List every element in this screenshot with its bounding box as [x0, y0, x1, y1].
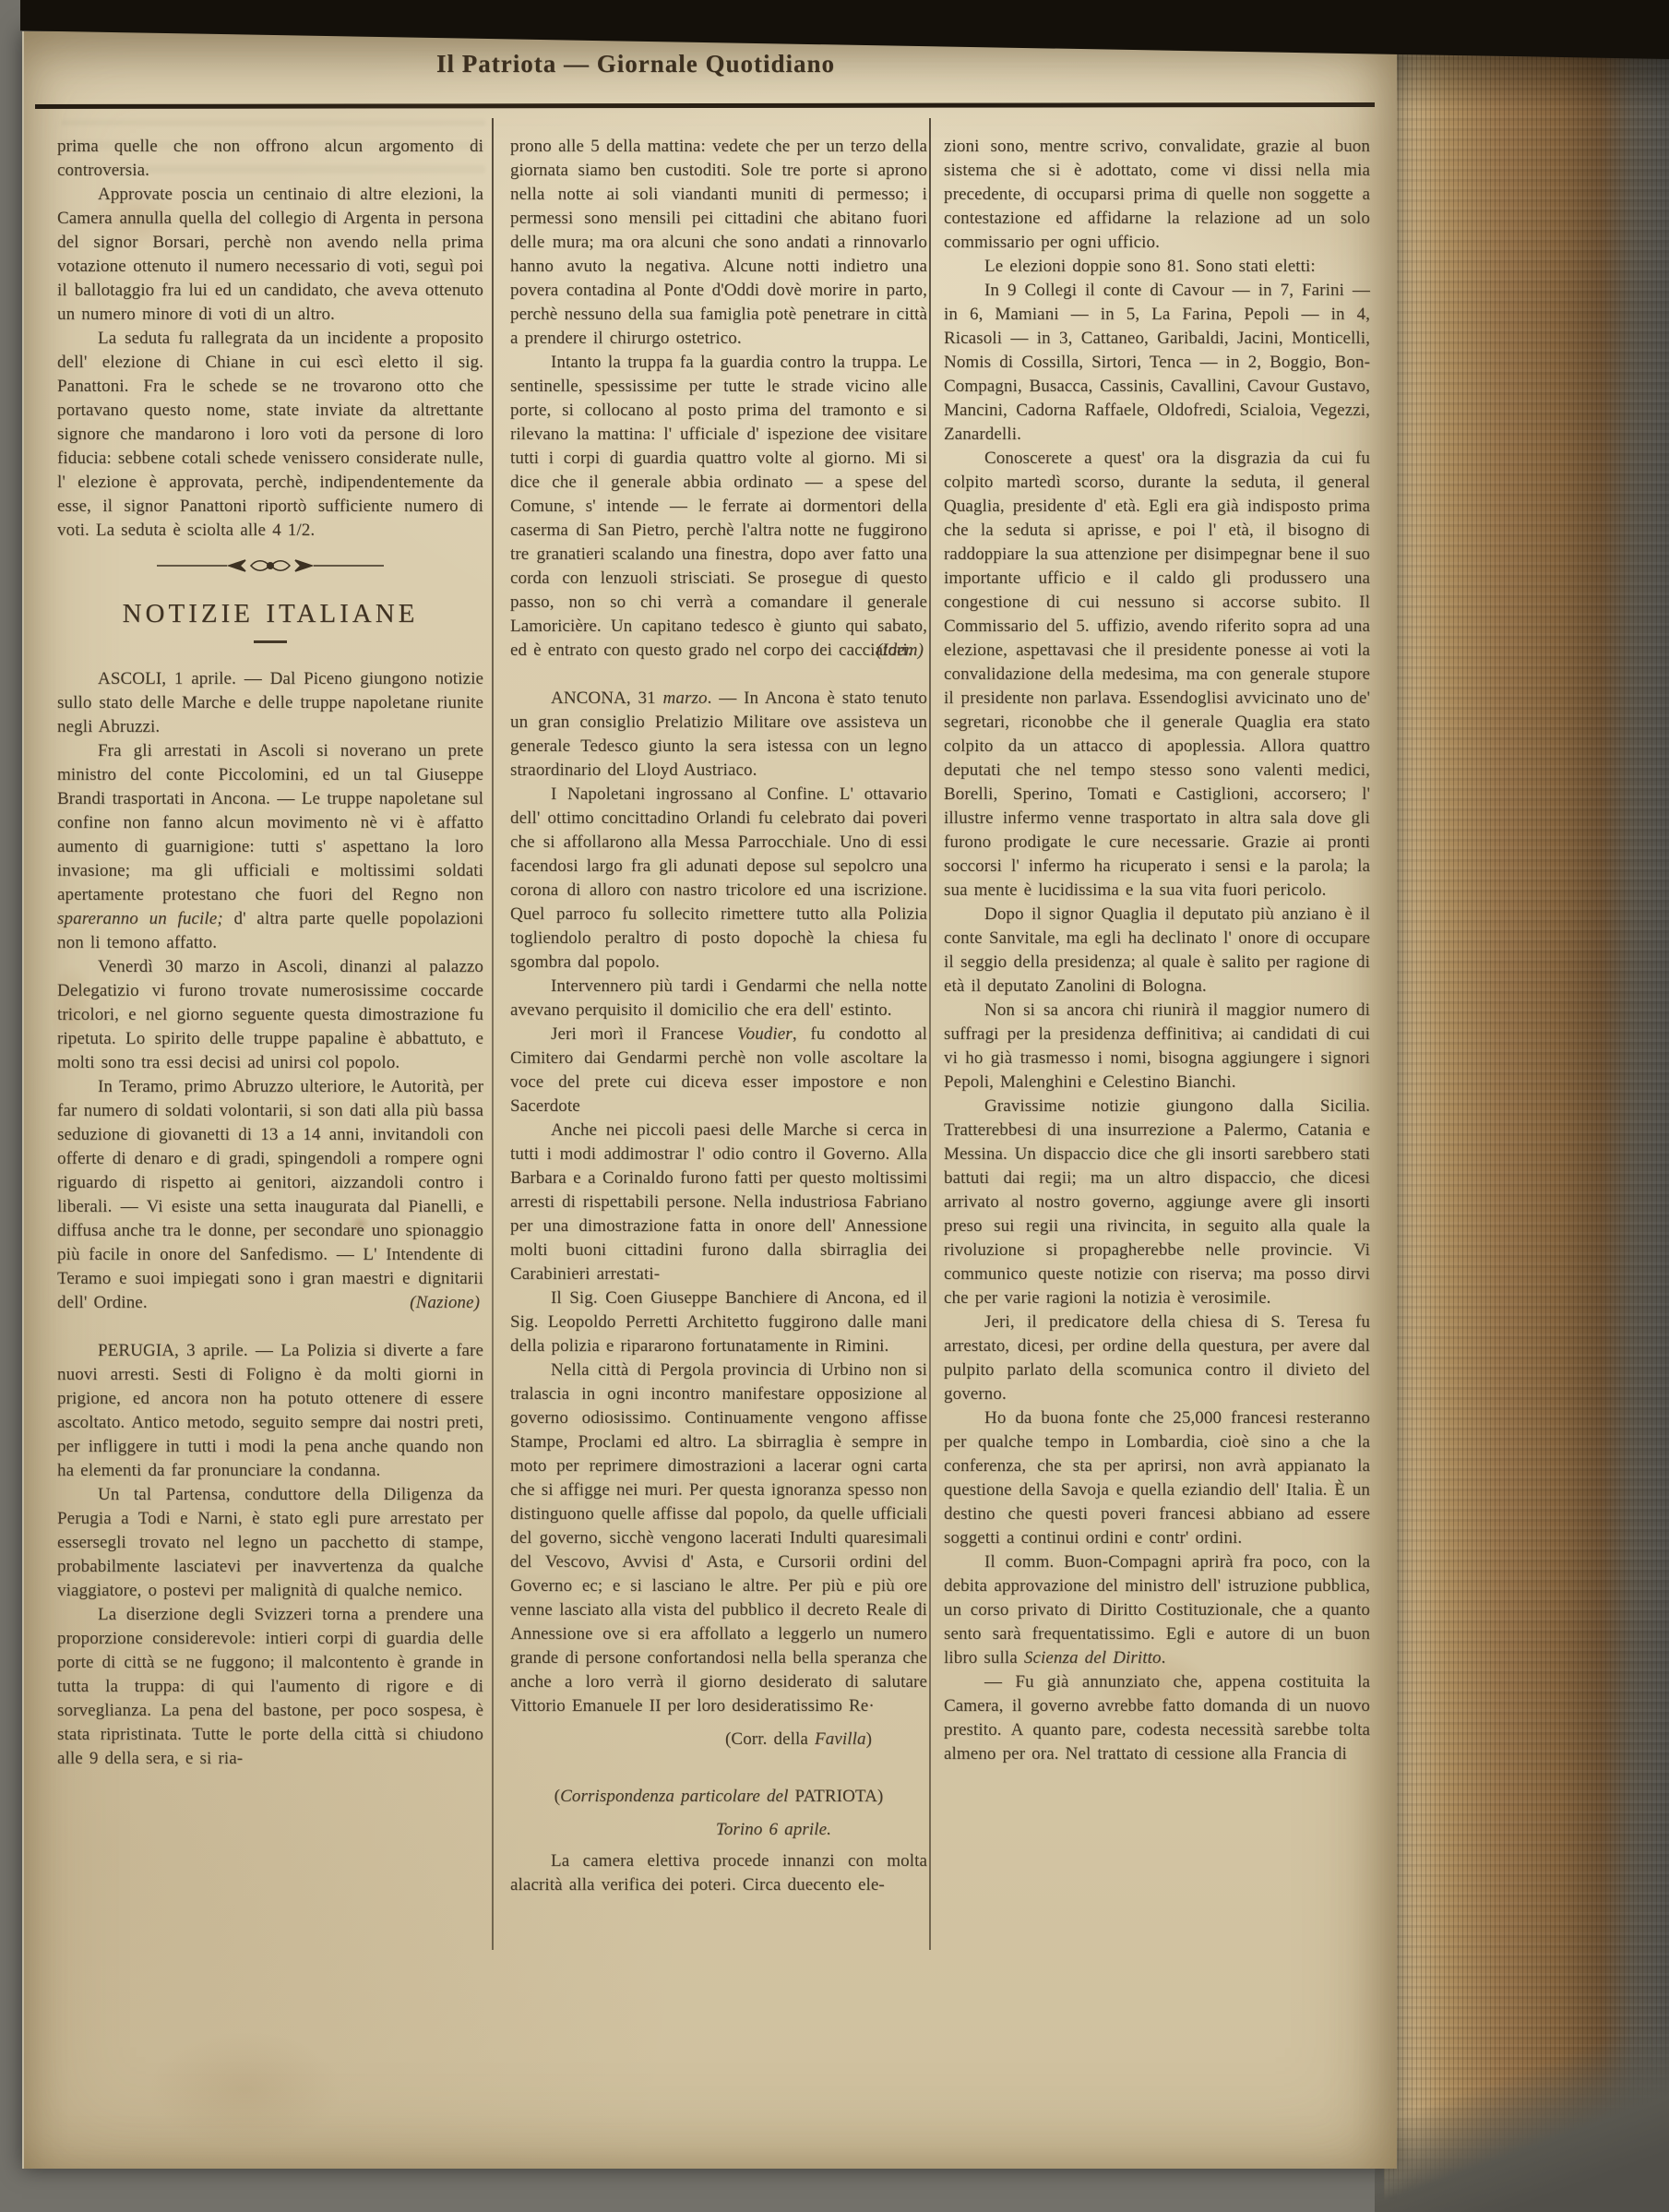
paragraph: — Fu già annunziato che, appena costitui… — [944, 1670, 1370, 1766]
paragraph: Ho da buona fonte che 25,000 francesi re… — [944, 1406, 1370, 1550]
paragraph: Anche nei piccoli paesi delle Marche si … — [510, 1118, 927, 1286]
scanned-newspaper-photo: Il Patriota — Giornale Quotidiano prima … — [0, 0, 1669, 2212]
paragraph: Un tal Partensa, conduttore della Dilige… — [57, 1483, 483, 1603]
attribution-line: Torino 6 aprile. — [510, 1818, 927, 1842]
paragraph: La seduta fu rallegrata da un incidente … — [57, 327, 483, 543]
paragraph: PERUGIA, 3 aprile. — La Polizia si diver… — [57, 1339, 483, 1483]
paragraph: Il comm. Buon-Compagni aprirà fra poco, … — [944, 1550, 1370, 1670]
paragraph: In Teramo, primo Abruzzo ulteriore, le A… — [57, 1075, 483, 1315]
paragraph: Jeri morì il Francese Voudier, fu condot… — [510, 1022, 927, 1118]
newspaper-page: Il Patriota — Giornale Quotidiano prima … — [22, 31, 1397, 2169]
paragraph: Fra gli arrestati in Ascoli si noverano … — [57, 739, 483, 955]
paragraph-continued: prono alle 5 della mattina: vedete che p… — [510, 135, 927, 351]
paragraph: Nella città di Pergola provincia di Urbi… — [510, 1358, 927, 1718]
newspaper-column-1: prima quelle che non offrono alcun argom… — [57, 135, 483, 1771]
ornament-divider — [57, 557, 483, 581]
column-divider-rule — [929, 118, 931, 1950]
paragraph: I Napoletani ingrossano al Confine. L' o… — [510, 783, 927, 974]
paragraph: Dopo il signor Quaglia il deputato più a… — [944, 903, 1370, 998]
newspaper-column-3: zioni sono, mentre scrivo, convalidate, … — [944, 135, 1370, 1766]
section-heading: NOTIZIE ITALIANE — [57, 602, 483, 626]
paragraph: Venerdì 30 marzo in Ascoli, dinanzi al p… — [57, 955, 483, 1075]
paragraph: Intervennero più tardi i Gendarmi che ne… — [510, 974, 927, 1022]
masthead-rule — [35, 102, 1375, 109]
column-divider-rule — [492, 118, 494, 1950]
correspondence-line: (Corrispondenza particolare del PATRIOTA… — [510, 1785, 927, 1809]
paragraph: Intanto la truppa fa la guardia contro l… — [510, 351, 927, 663]
paragraph: La diserzione degli Svizzeri torna a pre… — [57, 1603, 483, 1771]
paragraph: Gravissime notizie giungono dalla Sicili… — [944, 1094, 1370, 1310]
paragraph: Non si sa ancora chi riunirà il maggior … — [944, 998, 1370, 1094]
ornament-divider-icon — [155, 557, 386, 574]
paragraph: In 9 Collegi il conte di Cavour — in 7, … — [944, 279, 1370, 447]
paragraph-continued: zioni sono, mentre scrivo, convalidate, … — [944, 135, 1370, 255]
paragraph: Approvate poscia un centinaio di altre e… — [57, 183, 483, 327]
masthead-title: Il Patriota — Giornale Quotidiano — [414, 50, 857, 78]
paragraph: Le elezioni doppie sono 81. Sono stati e… — [944, 255, 1370, 279]
paragraph-continued: prima quelle che non offrono alcun argom… — [57, 135, 483, 183]
paragraph: La camera elettiva procede innanzi con m… — [510, 1849, 927, 1897]
paragraph: Il Sig. Coen Giuseppe Banchiere di Ancon… — [510, 1286, 927, 1358]
paragraph: ASCOLI, 1 aprile. — Dal Piceno giungono … — [57, 667, 483, 739]
newspaper-column-2: prono alle 5 della mattina: vedete che p… — [510, 135, 927, 1897]
paragraph: Conoscerete a quest' ora la disgrazia da… — [944, 447, 1370, 903]
book-fore-edge — [1384, 0, 1669, 2212]
paragraph: ANCONA, 31 marzo. — In Ancona è stato te… — [510, 687, 927, 783]
heading-dash — [254, 640, 287, 643]
paragraph: Jeri, il predicatore della chiesa di S. … — [944, 1310, 1370, 1406]
attribution-line: (Corr. della Favilla) — [510, 1728, 927, 1752]
